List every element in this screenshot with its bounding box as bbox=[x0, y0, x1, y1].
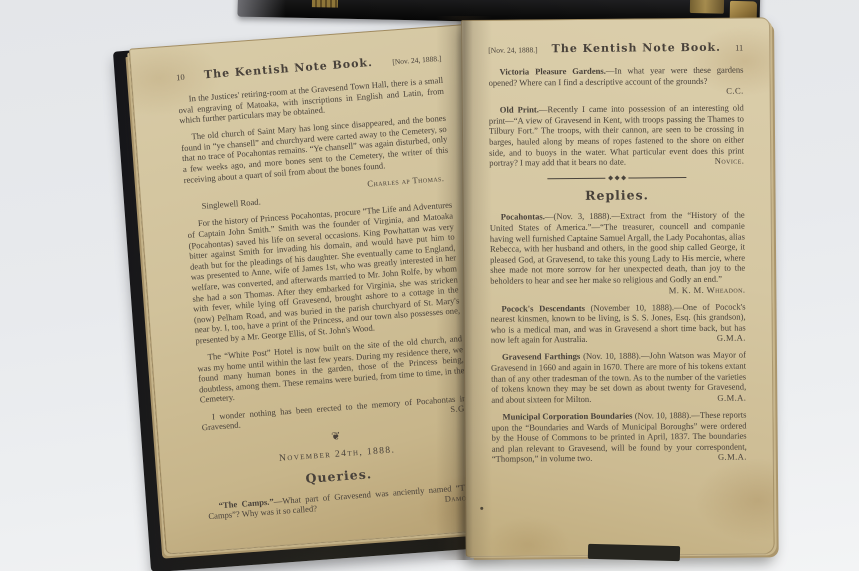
signature: C.C. bbox=[707, 86, 743, 97]
diamond-rule-ornament-icon: ◆◆◆ bbox=[529, 174, 704, 182]
section-heading: Replies. bbox=[489, 187, 744, 204]
page-right-body: Victoria Pleasure Gardens.—In what year … bbox=[488, 65, 746, 465]
spine-gold-band-icon bbox=[690, 0, 724, 14]
ink-spot bbox=[480, 507, 483, 510]
paragraph: Victoria Pleasure Gardens.—In what year … bbox=[488, 65, 743, 99]
paragraph: Gravesend Farthings (Nov. 10, 1888).—Joh… bbox=[491, 350, 746, 405]
paragraph-lead: Old Print. bbox=[500, 105, 539, 115]
header-date: [Nov. 24, 1888.] bbox=[392, 54, 442, 67]
rule-diamonds: ◆◆◆ bbox=[605, 174, 629, 181]
spine-end-highlight bbox=[238, 0, 287, 18]
rule-line bbox=[547, 177, 605, 179]
paragraph-lead: Pocahontas. bbox=[501, 212, 545, 222]
paragraph-text: The old church of Saint Mary has long si… bbox=[181, 113, 449, 185]
paragraph: Pocahontas.—(Nov. 3, 1888).—Extract from… bbox=[490, 210, 746, 297]
page-number: 10 bbox=[176, 72, 185, 83]
page-title: The Kentish Note Book. bbox=[552, 41, 721, 55]
paragraph-text: The “White Post” Hotel is now built on t… bbox=[197, 333, 465, 405]
paragraph: Pocock's Descendants (November 10, 1888)… bbox=[490, 301, 745, 346]
paragraph: Municipal Corporation Boundaries (Nov. 1… bbox=[491, 409, 746, 464]
photo-scene: 10 The Kentish Note Book. [Nov. 24, 1888… bbox=[0, 0, 859, 571]
paragraph-lead: Gravesend Farthings bbox=[502, 351, 580, 362]
paragraph-lead: Victoria Pleasure Gardens. bbox=[499, 66, 606, 77]
spine-gold-band-icon bbox=[312, 0, 338, 8]
paragraph-lead: Pocock's Descendants bbox=[501, 303, 585, 314]
paragraph: Old Print.—Recently I came into possessi… bbox=[489, 103, 745, 169]
page-title: The Kentish Note Book. bbox=[203, 56, 373, 81]
page-left-body: In the Justices' retiring-room at the Gr… bbox=[177, 75, 474, 522]
page-number: 11 bbox=[735, 43, 743, 53]
signature: M. K. M. Wheadon. bbox=[650, 284, 746, 295]
signature: Novice. bbox=[696, 156, 745, 167]
paragraph-lead: Municipal Corporation Boundaries bbox=[502, 410, 632, 421]
signature: G.M.A. bbox=[698, 333, 746, 344]
page-right-header: [Nov. 24, 1888.] The Kentish Note Book. … bbox=[488, 41, 743, 56]
rule-line bbox=[629, 177, 687, 179]
open-book-cover-edge bbox=[588, 544, 680, 561]
signature: G.M.A. bbox=[698, 392, 746, 403]
signature: G.M.A. bbox=[699, 452, 747, 463]
paragraph-text: For the history of Princess Pocahontas, … bbox=[187, 200, 460, 346]
header-date: [Nov. 24, 1888.] bbox=[488, 45, 537, 54]
paragraph: For the history of Princess Pocahontas, … bbox=[187, 200, 462, 346]
page-left: 10 The Kentish Note Book. [Nov. 24, 1888… bbox=[129, 24, 503, 554]
page-right: [Nov. 24, 1888.] The Kentish Note Book. … bbox=[461, 17, 775, 557]
